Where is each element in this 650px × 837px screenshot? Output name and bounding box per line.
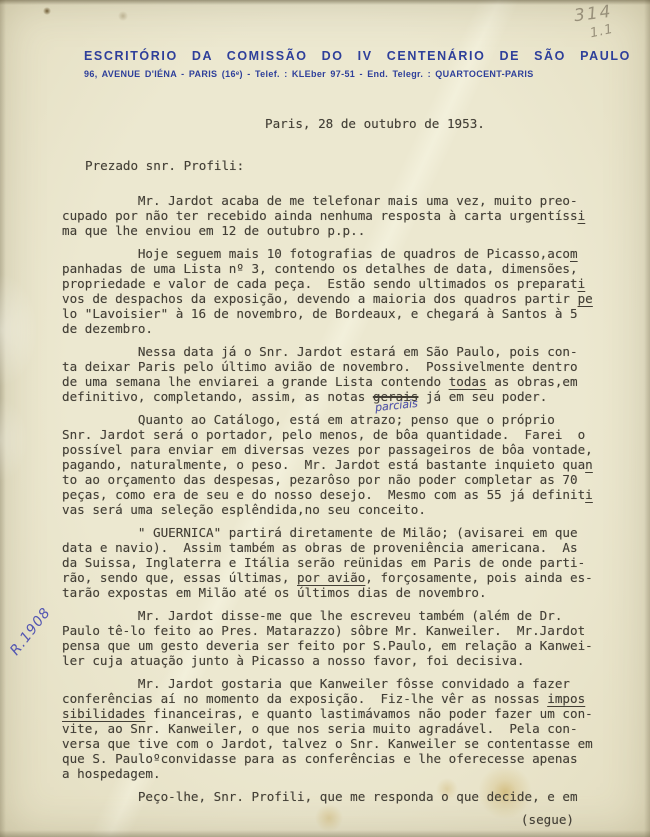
typed-text: Mr. Jardot gostaria que Kanweiler fôsse … <box>62 676 570 691</box>
underlined-text: i <box>578 208 586 223</box>
paragraph: Nessa data já o Snr. Jardot estará em Sã… <box>62 344 603 404</box>
ink-margin-note: R.1908 <box>7 593 63 658</box>
typed-text: peças, como era de seu e do nosso desejo… <box>62 487 585 502</box>
paragraph: Mr. Jardot gostaria que Kanweiler fôsse … <box>62 676 603 781</box>
typed-text: pensa que um gesto deveria ser feito por… <box>62 638 593 653</box>
typed-line: data e navio). Assim também as obras de … <box>62 540 603 555</box>
typed-text: financeiras, e quanto lastimávamos não p… <box>145 706 592 721</box>
typed-line: panhadas de uma Lista nº 3, contendo os … <box>62 261 603 276</box>
typed-text: a hospedagem. <box>62 766 161 781</box>
typed-line: a hospedagem. <box>62 766 603 781</box>
typed-line: Nessa data já o Snr. Jardot estará em Sã… <box>62 344 603 359</box>
typed-line: que S. Pauloºconvidasse para as conferên… <box>62 751 603 766</box>
typed-text: de uma semana lhe enviarei a grande List… <box>62 374 449 389</box>
typed-text: cupado por não ter recebido ainda nenhum… <box>62 208 578 223</box>
typed-line: sibilidades financeiras, e quanto lastim… <box>62 706 603 721</box>
typed-text: ler cuja atuação junto à Picasso a nosso… <box>62 653 525 668</box>
typed-text: to ao orçamento das despesas, pezarôso p… <box>62 472 578 487</box>
typed-text: ma que lhe enviou em 12 de outubro p.p.. <box>62 223 365 238</box>
typed-line: Hoje seguem mais 10 fotografias de quadr… <box>62 246 603 261</box>
typed-line: de dezembro. <box>62 321 603 336</box>
typed-text: lo "Lavoisier" à 16 de novembro, de Bord… <box>62 306 578 321</box>
typed-text: Peço-lhe, Snr. Profili, que me responda … <box>62 789 578 804</box>
paragraph: Mr. Jardot acaba de me telefonar mais um… <box>62 193 603 238</box>
typed-line: ma que lhe enviou em 12 de outubro p.p.. <box>62 223 603 238</box>
typed-line: pensa que um gesto deveria ser feito por… <box>62 638 603 653</box>
typed-text: possível para enviar em diversas vezes p… <box>62 442 593 457</box>
correction-wrap: geraisparciais <box>373 389 419 404</box>
typed-text: Nessa data já o Snr. Jardot estará em Sã… <box>62 344 578 359</box>
typed-line: Mr. Jardot acaba de me telefonar mais um… <box>62 193 603 208</box>
typed-text: Hoje seguem mais 10 fotografias de quadr… <box>62 246 570 261</box>
typed-line: Peço-lhe, Snr. Profili, que me responda … <box>62 789 603 804</box>
typed-text: vite, ao Snr. Kanweiler, o que nos seria… <box>62 721 578 736</box>
typed-text: Mr. Jardot disse-me que lhe escreveu tam… <box>62 608 562 623</box>
underlined-text: por avião <box>297 570 365 585</box>
letter-body: Paris, 28 de outubro de 1953. Prezado sn… <box>62 116 603 827</box>
typed-text: , forçosamente, pois ainda es- <box>365 570 592 585</box>
typed-line: da Suissa, Inglaterra e Itália serão reü… <box>62 555 603 570</box>
typed-line: pagando, naturalmente, o peso. Mr. Jardo… <box>62 457 603 472</box>
typed-line: " GUERNICA" partirá diretamente de Milão… <box>62 525 603 540</box>
typed-line: de uma semana lhe enviarei a grande List… <box>62 374 603 389</box>
typed-line: ler cuja atuação junto à Picasso a nosso… <box>62 653 603 668</box>
typed-line: rão, sendo que, essas últimas, por avião… <box>62 570 603 585</box>
typed-line: Mr. Jardot disse-me que lhe escreveu tam… <box>62 608 603 623</box>
typed-text: Quanto ao Catálogo, está em atrazo; pens… <box>62 412 555 427</box>
typed-line: Snr. Jardot será o portador, pelo menos,… <box>62 427 603 442</box>
typed-text: as obras,em <box>487 374 578 389</box>
date-line: Paris, 28 de outubro de 1953. <box>62 116 603 131</box>
typed-line: lo "Lavoisier" à 16 de novembro, de Bord… <box>62 306 603 321</box>
typed-line: Paulo tê-lo feito ao Pres. Matarazzo) sô… <box>62 623 603 638</box>
letterhead-title: ESCRITÓRIO DA COMISSÃO DO IV CENTENÁRIO … <box>84 49 604 63</box>
underlined-text: pe <box>578 291 593 306</box>
letterhead: ESCRITÓRIO DA COMISSÃO DO IV CENTENÁRIO … <box>84 49 604 79</box>
paragraph: Quanto ao Catálogo, está em atrazo; pens… <box>62 412 603 517</box>
typed-line: vite, ao Snr. Kanweiler, o que nos seria… <box>62 721 603 736</box>
pencil-archive-subnumber: 1.1 <box>589 22 615 42</box>
typed-text: já em seu poder. <box>418 389 547 404</box>
underlined-text: i <box>578 276 586 291</box>
typed-line: ta deixar Paris pelo último avião de nov… <box>62 359 603 374</box>
typed-line: conferências aí no momento da exposição.… <box>62 691 603 706</box>
typed-text: rão, sendo que, essas últimas, <box>62 570 297 585</box>
continuation-note: (segue) <box>62 812 603 827</box>
typed-line: possível para enviar em diversas vezes p… <box>62 442 603 457</box>
typed-text: conferências aí no momento da exposição.… <box>62 691 547 706</box>
underlined-text: m <box>570 246 578 261</box>
typed-text: vos de despachos da exposição, devendo a… <box>62 291 578 306</box>
typed-line: Mr. Jardot gostaria que Kanweiler fôsse … <box>62 676 603 691</box>
typed-line: peças, como era de seu e do nosso desejo… <box>62 487 603 502</box>
paragraph: Mr. Jardot disse-me que lhe escreveu tam… <box>62 608 603 668</box>
typed-line: definitivo, completando, assim, as notas… <box>62 389 603 404</box>
typed-line: tarão expostas em Milão até os últimos d… <box>62 585 603 600</box>
typed-text: tarão expostas em Milão até os últimos d… <box>62 585 487 600</box>
underlined-text: todas <box>449 374 487 389</box>
underlined-text: i <box>585 487 593 502</box>
typed-text: data e navio). Assim também as obras de … <box>62 540 578 555</box>
letterhead-address: 96, AVENUE D'IÉNA - PARIS (16ᵉ) - Telef.… <box>84 69 604 79</box>
typed-text: Paulo tê-lo feito ao Pres. Matarazzo) sô… <box>62 623 585 638</box>
typed-text: versa que tive com o Jardot, talvez o Sn… <box>62 736 593 751</box>
letter-page: ESCRITÓRIO DA COMISSÃO DO IV CENTENÁRIO … <box>0 0 650 837</box>
typed-line: propriedade e valor de cada peça. Estão … <box>62 276 603 291</box>
handwritten-correction: parciais <box>374 398 418 413</box>
typed-text: ta deixar Paris pelo último avião de nov… <box>62 359 578 374</box>
underlined-text: impos <box>547 691 585 706</box>
paragraph: Peço-lhe, Snr. Profili, que me responda … <box>62 789 603 804</box>
salutation: Prezado snr. Profili: <box>62 158 603 173</box>
typed-text: panhadas de uma Lista nº 3, contendo os … <box>62 261 578 276</box>
typed-text: da Suissa, Inglaterra e Itália serão reü… <box>62 555 585 570</box>
typed-line: versa que tive com o Jardot, talvez o Sn… <box>62 736 603 751</box>
typed-line: Quanto ao Catálogo, está em atrazo; pens… <box>62 412 603 427</box>
typed-line: to ao orçamento das despesas, pezarôso p… <box>62 472 603 487</box>
paragraph: " GUERNICA" partirá diretamente de Milão… <box>62 525 603 600</box>
typed-text: Mr. Jardot acaba de me telefonar mais um… <box>62 193 578 208</box>
typed-text: vas será uma seleção esplêndida,no seu c… <box>62 502 426 517</box>
paragraphs-container: Mr. Jardot acaba de me telefonar mais um… <box>62 193 603 804</box>
typed-text: " GUERNICA" partirá diretamente de Milão… <box>62 525 578 540</box>
typed-text: que S. Pauloºconvidasse para as conferên… <box>62 751 578 766</box>
underlined-text: n <box>585 457 593 472</box>
typed-text: definitivo, completando, assim, as notas <box>62 389 373 404</box>
typed-text: propriedade e valor de cada peça. Estão … <box>62 276 578 291</box>
typed-line: vos de despachos da exposição, devendo a… <box>62 291 603 306</box>
typed-line: cupado por não ter recebido ainda nenhum… <box>62 208 603 223</box>
typed-text: de dezembro. <box>62 321 153 336</box>
underlined-text: sibilidades <box>62 706 145 721</box>
paragraph: Hoje seguem mais 10 fotografias de quadr… <box>62 246 603 336</box>
typed-text: Snr. Jardot será o portador, pelo menos,… <box>62 427 585 442</box>
typed-line: vas será uma seleção esplêndida,no seu c… <box>62 502 603 517</box>
typed-text: pagando, naturalmente, o peso. Mr. Jardo… <box>62 457 585 472</box>
